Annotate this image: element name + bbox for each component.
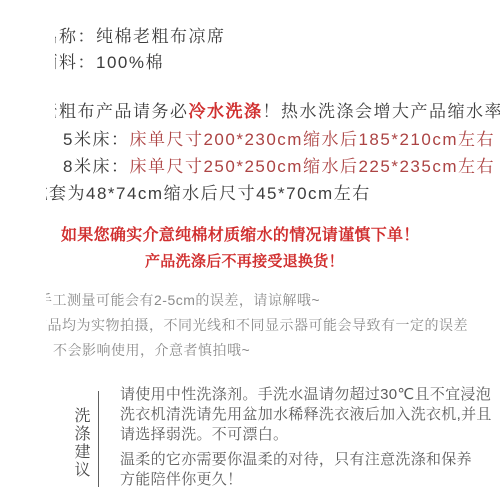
care-reminder-line: 温柔的它亦需要你温柔的对待，只有注意洗涤和保养 [120, 450, 492, 470]
wash-advice-text: 请使用中性洗涤剂。手洗水温请勿超过30℃且不宜浸泡 洗衣机清洗请先用盆加水稀释洗… [120, 385, 492, 490]
usage-note: 不会影响使用，介意者慎拍哦~ [53, 338, 500, 363]
cold-wash-emphasis: 冷水洗涤 [189, 102, 263, 121]
wash-advice-section: 洗涤建议 请使用中性洗涤剂。手洗水温请勿超过30℃且不宜浸泡 洗衣机清洗请先用盆… [52, 385, 500, 490]
shrink-caution-line: 如果您确实介意纯棉材质缩水的情况请谨慎下单！ [0, 223, 500, 249]
wash-instruction-line: 请使用中性洗涤剂。手洗水温请勿超过30℃且不宜浸泡 [120, 385, 492, 405]
pillow-size-line: 枕套为48*74cm缩水后尺寸45*70cm左右 [46, 181, 500, 207]
care-reminder-line: 方能陪伴你更久！ [120, 470, 492, 490]
material-line: 面料：100%棉 [55, 50, 500, 76]
wash-advice-label: 洗涤建议 [64, 385, 92, 490]
bed-size-value: 床单尺寸250*250cm缩水后225*235cm左右 [129, 157, 495, 176]
measurement-error-note: 手工测量可能会有2-5cm的误差，请谅解哦~ [46, 288, 500, 313]
wash-instruction-line: 请选择弱洗。不可漂白。 [120, 425, 492, 445]
bed-size-value: 床单尺寸200*230cm缩水后185*210cm左右 [129, 130, 495, 149]
bed-size-line: 5米床：床单尺寸200*230cm缩水后185*210cm左右 [55, 127, 500, 153]
cold-wash-warning-line: 老粗布产品请务必冷水洗涤！热水洗涤会增大产品缩水率 [55, 99, 500, 125]
photo-color-note: 产品均为实物拍摄，不同光线和不同显示器可能会导致有一定的误差 [46, 313, 500, 338]
description-sheet: 名称：纯棉老粗布凉席 面料：100%棉 老粗布产品请务必冷水洗涤！热水洗涤会增大… [0, 0, 500, 490]
wash-instruction-line: 洗衣机清洗请先用盆加水稀释洗衣液后加入洗衣机,并且 [120, 405, 492, 425]
product-description-page: 名称：纯棉老粗布凉席 面料：100%棉 老粗布产品请务必冷水洗涤！热水洗涤会增大… [0, 0, 500, 500]
cold-wash-warning-pre: 老粗布产品请务必 [55, 102, 189, 121]
bed-size-label: 5米床： [63, 130, 129, 149]
bed-size-label: 8米床： [63, 157, 129, 176]
no-return-caution-line: 产品洗涤后不再接受退换货！ [0, 249, 500, 275]
product-name-line: 名称：纯棉老粗布凉席 [55, 24, 500, 50]
cold-wash-warning-post: ！热水洗涤会增大产品缩水率 [263, 102, 500, 121]
vertical-divider [98, 391, 99, 487]
bed-size-line: 8米床：床单尺寸250*250cm缩水后225*235cm左右 [55, 154, 500, 180]
